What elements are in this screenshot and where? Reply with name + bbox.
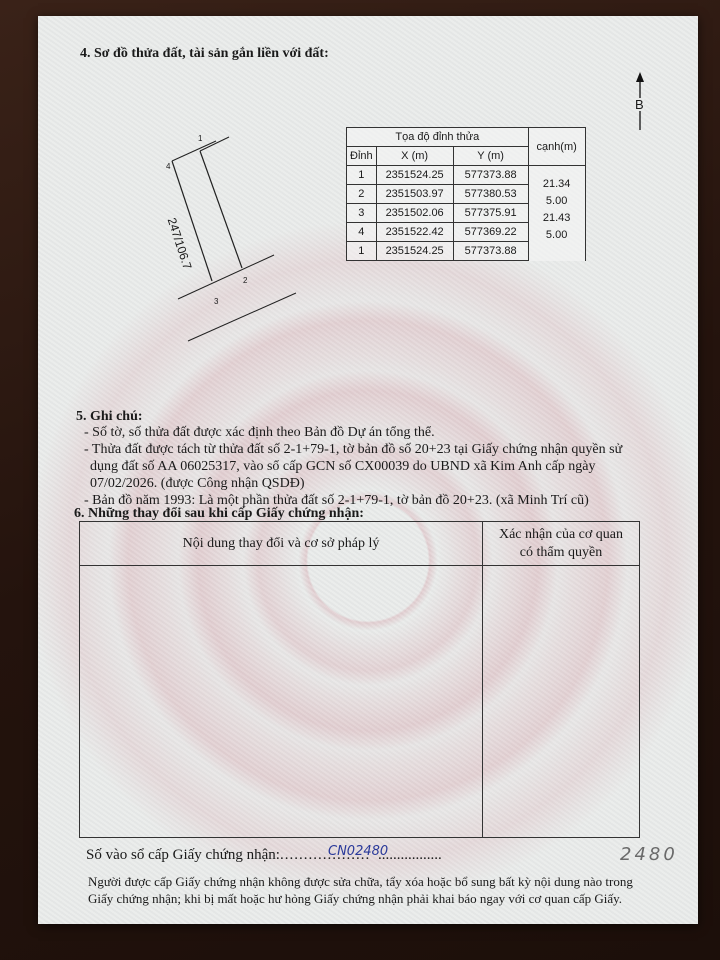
- footer-warning: Người được cấp Giấy chứng nhận không đượ…: [88, 873, 688, 907]
- vertex-label-3: 3: [214, 297, 218, 306]
- cell-vertex: 1: [347, 166, 377, 185]
- changes-table: Nội dung thay đổi và cơ sở pháp lý Xác n…: [79, 521, 640, 838]
- cell-y: 577373.88: [453, 166, 528, 185]
- cell-x: 2351524.25: [376, 166, 453, 185]
- changes-table-wrapper: Nội dung thay đổi và cơ sở pháp lý Xác n…: [79, 521, 640, 838]
- cell-y: 577375.91: [453, 204, 528, 223]
- changes-content-header: Nội dung thay đổi và cơ sở pháp lý: [80, 522, 483, 566]
- edge-2-3: 5.00: [532, 193, 582, 210]
- col-x: X (m): [376, 147, 453, 166]
- section-4-title: 4. Sơ đồ thửa đất, tài sản gắn liền với …: [80, 46, 329, 62]
- cell-vertex: 1: [347, 242, 377, 261]
- cell-x: 2351522.42: [376, 223, 453, 242]
- section-5-title: 5. Ghi chú:: [76, 409, 143, 425]
- edge-3-4: 21.43: [532, 210, 582, 227]
- footer-line: Người được cấp Giấy chứng nhận không đượ…: [88, 873, 688, 890]
- note-line: - Số tờ, số thửa đất được xác định theo …: [84, 424, 684, 441]
- cell-x: 2351502.06: [376, 204, 453, 223]
- section-6-title: 6. Những thay đổi sau khi cấp Giấy chứng…: [74, 506, 364, 522]
- authority-confirmation-header: Xác nhận của cơ quan có thẩm quyền: [483, 522, 640, 566]
- note-line: dụng đất số AA 06025317, vào sổ cấp GCN …: [84, 458, 684, 475]
- table-row: [80, 566, 640, 838]
- col-vertex: Đỉnh: [347, 147, 377, 166]
- coord-group-header: Tọa độ đỉnh thửa: [347, 128, 529, 147]
- vertex-label-1: 1: [198, 134, 202, 143]
- coordinate-table-wrapper: Tọa độ đỉnh thửa cạnh(m) Đỉnh X (m) Y (m…: [346, 127, 586, 261]
- cell-y: 577380.53: [453, 185, 528, 204]
- registry-dots-after: .................: [378, 847, 442, 864]
- land-certificate-page: 4. Sơ đồ thửa đất, tài sản gắn liền với …: [38, 16, 698, 924]
- cell-y: 577369.22: [453, 223, 528, 242]
- cell-vertex: 2: [347, 185, 377, 204]
- pencil-annotation: 2480: [620, 844, 678, 865]
- cell-vertex: 4: [347, 223, 377, 242]
- edge-lengths-cell: 21.34 5.00 21.43 5.00: [528, 166, 585, 261]
- vertex-label-2: 2: [243, 276, 247, 285]
- note-line: 07/02/2026. (được Công nhận QSDĐ): [84, 475, 684, 492]
- note-line: - Thửa đất được tách từ thửa đất số 2-1+…: [84, 441, 684, 458]
- edge-header: cạnh(m): [528, 128, 585, 166]
- cell-x: 2351524.25: [376, 242, 453, 261]
- edge-4-1: 5.00: [532, 227, 582, 244]
- vertex-coordinate-table: Tọa độ đỉnh thửa cạnh(m) Đỉnh X (m) Y (m…: [346, 127, 586, 261]
- north-label: B: [635, 98, 644, 111]
- changes-content-cell[interactable]: [80, 566, 483, 838]
- footer-line: Giấy chứng nhận; khi bị mất hoặc hư hỏng…: [88, 890, 688, 907]
- authority-confirmation-cell[interactable]: [483, 566, 640, 838]
- registry-label: Số vào sổ cấp Giấy chứng nhận:: [86, 847, 280, 863]
- notes-block: - Số tờ, số thửa đất được xác định theo …: [84, 424, 684, 509]
- authority-header-line2: có thẩm quyền: [484, 544, 638, 562]
- col-y: Y (m): [453, 147, 528, 166]
- cell-x: 2351503.97: [376, 185, 453, 204]
- edge-1-2: 21.34: [532, 176, 582, 193]
- cell-y: 577373.88: [453, 242, 528, 261]
- authority-header-line1: Xác nhận của cơ quan: [484, 526, 638, 544]
- north-arrow-icon: [630, 72, 650, 152]
- vertex-label-4: 4: [166, 162, 170, 171]
- table-row: 1 2351524.25 577373.88 21.34 5.00 21.43 …: [347, 166, 586, 185]
- cell-vertex: 3: [347, 204, 377, 223]
